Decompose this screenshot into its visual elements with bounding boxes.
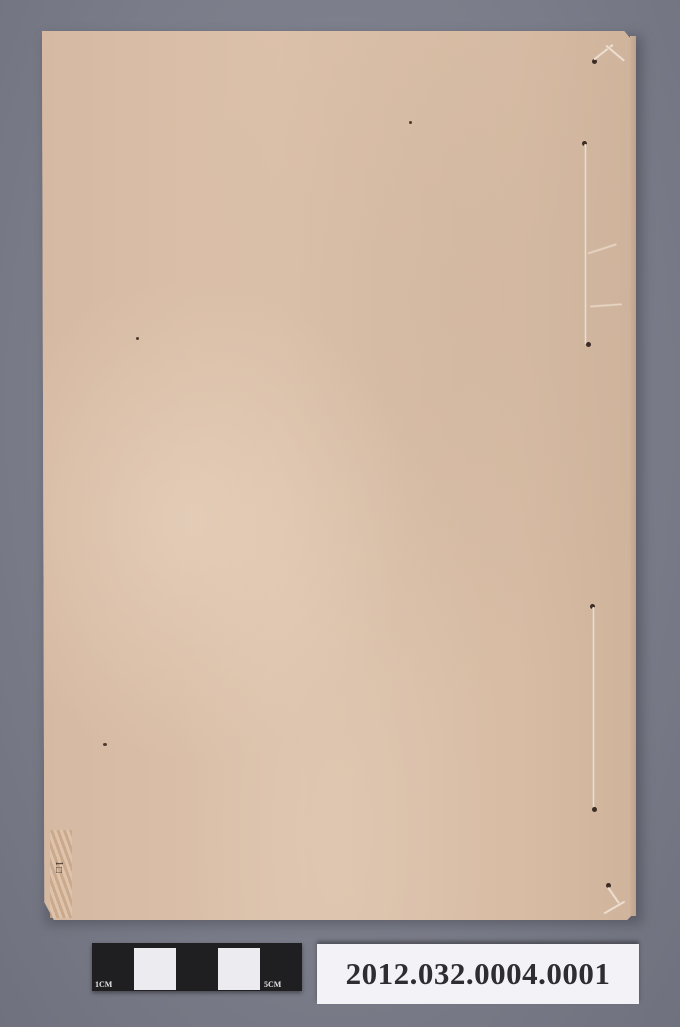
accession-label-card: 2012.032.0004.0001 — [317, 944, 639, 1004]
scale-bar: 1CM 5CM — [92, 943, 302, 991]
paper-speck — [103, 743, 107, 746]
paper-speck — [409, 121, 412, 124]
accession-number: 2012.032.0004.0001 — [346, 956, 611, 992]
paper-speck — [136, 337, 139, 340]
corner-mark: 1□ — [53, 861, 64, 874]
binding-thread-lower — [592, 607, 595, 807]
scale-segment-white — [134, 948, 176, 990]
book-page-edge — [630, 36, 636, 916]
scale-label-right: 5CM — [264, 980, 281, 989]
scale-label-left: 1CM — [95, 980, 112, 989]
binding-hole — [592, 807, 597, 812]
binding-hole — [586, 342, 591, 347]
scale-segment-white — [218, 948, 260, 990]
binding-thread-upper — [584, 144, 587, 344]
book-cover — [42, 31, 636, 920]
